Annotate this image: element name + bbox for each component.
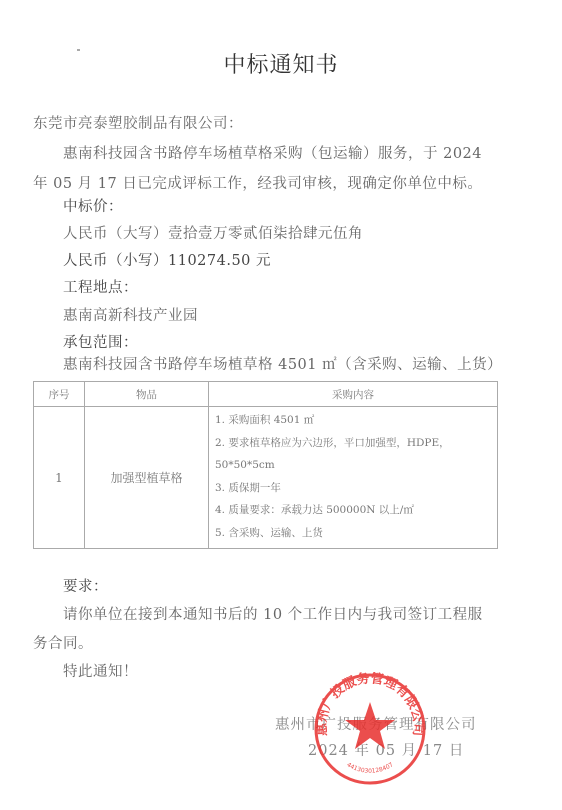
row-item: 加强型植草格 [85,407,209,549]
scope-value: 惠南科技园含书路停车场植草格 4501 ㎡（含采购、运输、上货） [63,353,502,374]
header-item: 物品 [85,382,209,407]
recipient: 东莞市亮泰塑胶制品有限公司： [33,112,243,133]
requirement-line-2: 务合同。 [33,632,93,653]
scope-label: 承包范围： [63,331,138,352]
row-no: 1 [34,407,85,549]
row-content: 1. 采购面积 4501 ㎡ 2. 要求植草格应为六边形，平口加强型，HDPE，… [209,407,498,549]
header-no: 序号 [34,382,85,407]
content-line: 2. 要求植草格应为六边形，平口加强型，HDPE， [215,432,491,455]
price-lower: 人民币（小写）110274.50 元 [63,249,271,270]
location-label: 工程地点： [63,276,138,297]
requirement-label: 要求： [63,575,108,596]
closing: 特此通知！ [63,660,138,681]
content-line: 50*50*5cm [215,454,491,477]
requirement-line-1: 请你单位在接到本通知书后的 10 个工作日内与我司签订工程服 [63,603,483,624]
table-header-row: 序号 物品 采购内容 [34,382,498,407]
svg-text:4413030128407: 4413030128407 [345,761,394,775]
price-label: 中标价： [63,195,123,216]
content-line: 1. 采购面积 4501 ㎡ [215,409,491,432]
content-line: 5. 含采购、运输、上货 [215,522,491,545]
table-row: 1 加强型植草格 1. 采购面积 4501 ㎡ 2. 要求植草格应为六边形，平口… [34,407,498,549]
procurement-table: 序号 物品 采购内容 1 加强型植草格 1. 采购面积 4501 ㎡ 2. 要求… [33,381,498,549]
body-line-2: 年 05 月 17 日已完成评标工作，经我司审核，现确定你单位中标。 [33,172,482,193]
content-line: 3. 质保期一年 [215,477,491,500]
document-title: 中标通知书 [0,48,562,79]
body-line-1: 惠南科技园含书路停车场植草格采购（包运输）服务，于 2024 [63,142,482,163]
header-content: 采购内容 [209,382,498,407]
content-line: 4. 质量要求：承载力达 500000N 以上/㎡ [215,499,491,522]
price-upper: 人民币（大写）壹拾壹万零贰佰柒拾肆元伍角 [63,222,363,243]
location-value: 惠南高新科技产业园 [63,304,198,325]
company-seal-icon: 惠州广投服务管理有限公司 4413030128407 [313,672,427,786]
